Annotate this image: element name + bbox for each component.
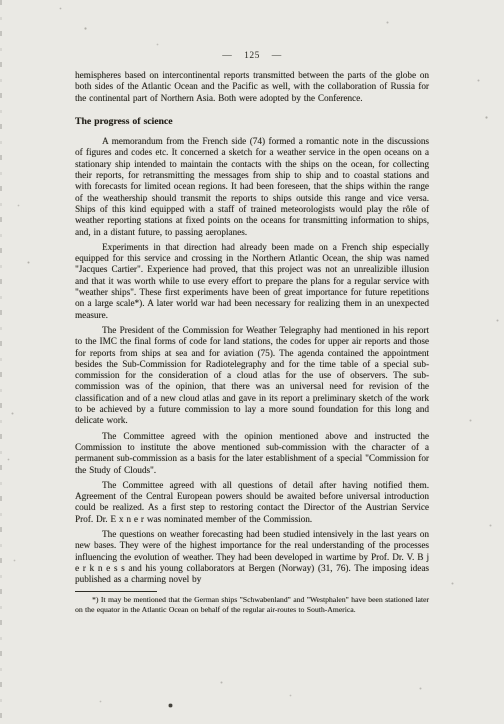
footnote-text: *) It may be mentioned that the German s…: [75, 595, 429, 614]
body-paragraph: The President of the Commission for Weat…: [75, 325, 429, 427]
body-paragraph: The Committee agreed with the opinion me…: [75, 431, 429, 476]
page-number-header: — 125 —: [0, 51, 504, 61]
body-paragraph: A memorandum from the French side (74) f…: [75, 136, 429, 238]
scan-speckles: [0, 0, 1, 1]
page-body: hemispheres based on intercontinental re…: [75, 70, 429, 615]
section-heading: The progress of science: [75, 116, 429, 127]
body-paragraph: Experiments in that direction had alread…: [75, 242, 429, 321]
book-page: — 125 — hemispheres based on intercontin…: [0, 0, 504, 724]
body-paragraph: The Committee agreed with all questions …: [75, 480, 429, 525]
footnote: *) It may be mentioned that the German s…: [75, 591, 429, 614]
body-paragraph: The questions on weather forecasting had…: [75, 529, 429, 585]
scan-edge-artifact: [0, 0, 2, 724]
footnote-divider: [75, 591, 157, 592]
body-paragraph-continuation: hemispheres based on intercontinental re…: [75, 70, 429, 104]
